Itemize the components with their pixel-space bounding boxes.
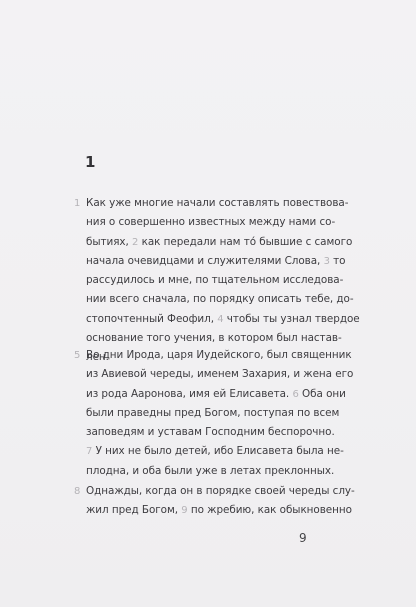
verse-text: из Авиевой череды, именем Захария, и жен… [86, 368, 353, 380]
verse-text: нии всего сначала, по порядку описать те… [86, 293, 354, 305]
text-line: ния о совершенно известных между нами со… [86, 213, 304, 232]
verse-number: 1 [74, 194, 80, 213]
verse-text: чтобы ты узнал твердое [224, 313, 360, 325]
verse-text: бытиях, [86, 236, 132, 248]
verse-text: были праведны пред Богом, поступая по вс… [86, 407, 339, 419]
verse-text: начала очевидцами и служителями Слова, [86, 255, 324, 267]
text-line: бытиях, 2 как передали нам то́ бывшие с … [86, 233, 304, 252]
verse-text: заповедям и уставам Господним беспорочно… [86, 426, 335, 438]
text-line: Однажды, когда он в порядке своей череды… [86, 482, 304, 501]
page-number: 9 [299, 530, 307, 546]
text-line: рассудилось и мне, по тщательном исследо… [86, 271, 304, 290]
text-line: Во дни Ирода, царя Иудейского, был свяще… [86, 346, 304, 365]
text-line: Как уже многие начали составлять повеств… [86, 194, 304, 213]
chapter-number: 1 [85, 152, 95, 172]
text-line: нии всего сначала, по порядку описать те… [86, 290, 304, 309]
text-line: плодна, и оба были уже в летах преклонны… [86, 462, 304, 481]
verse-text: плодна, и оба были уже в летах преклонны… [86, 465, 334, 477]
text-line: начала очевидцами и служителями Слова, 3… [86, 252, 304, 271]
text-line: заповедям и уставам Господним беспорочно… [86, 423, 304, 442]
text-line: из Авиевой череды, именем Захария, и жен… [86, 365, 304, 384]
verse-text: из рода Ааронова, имя ей Елисавета. [86, 388, 292, 400]
verse-text: как передали нам то́ бывшие с самого [138, 236, 352, 248]
paragraph: 5 Во дни Ирода, царя Иудейского, был свя… [86, 346, 304, 481]
verse-text: стопочтенный Феофил, [86, 313, 217, 325]
verse-text: жил пред Богом, [86, 504, 181, 516]
book-page: 1 1 Как уже многие начали составлять пов… [0, 0, 416, 607]
paragraph: 1 Как уже многие начали составлять повес… [86, 194, 304, 368]
text-line: из рода Ааронова, имя ей Елисавета. 6 Об… [86, 385, 304, 404]
verse-number: 8 [74, 482, 80, 501]
text-line: 7 У них не было детей, ибо Елисавета был… [86, 442, 304, 461]
verse-number: 5 [74, 346, 80, 365]
verse-text: рассудилось и мне, по тщательном исследо… [86, 274, 343, 286]
verse-text: У них не было детей, ибо Елисавета была … [92, 445, 343, 457]
verse-text: то [330, 255, 346, 267]
verse-text: ния о совершенно известных между нами со… [86, 216, 335, 228]
verse-text: по жребию, как обыкновенно [188, 504, 352, 516]
verse-text: основание того учения, в котором был нас… [86, 332, 342, 344]
text-line: стопочтенный Феофил, 4 чтобы ты узнал тв… [86, 310, 304, 329]
verse-text: Как уже многие начали составлять повеств… [86, 197, 348, 209]
verse-text: Во дни Ирода, царя Иудейского, был свяще… [86, 349, 352, 361]
paragraph: 8 Однажды, когда он в порядке своей чере… [86, 482, 304, 521]
verse-text: Оба они [299, 388, 346, 400]
text-line: были праведны пред Богом, поступая по вс… [86, 404, 304, 423]
verse-text: Однажды, когда он в порядке своей череды… [86, 485, 355, 497]
text-line: жил пред Богом, 9 по жребию, как обыкнов… [86, 501, 304, 520]
